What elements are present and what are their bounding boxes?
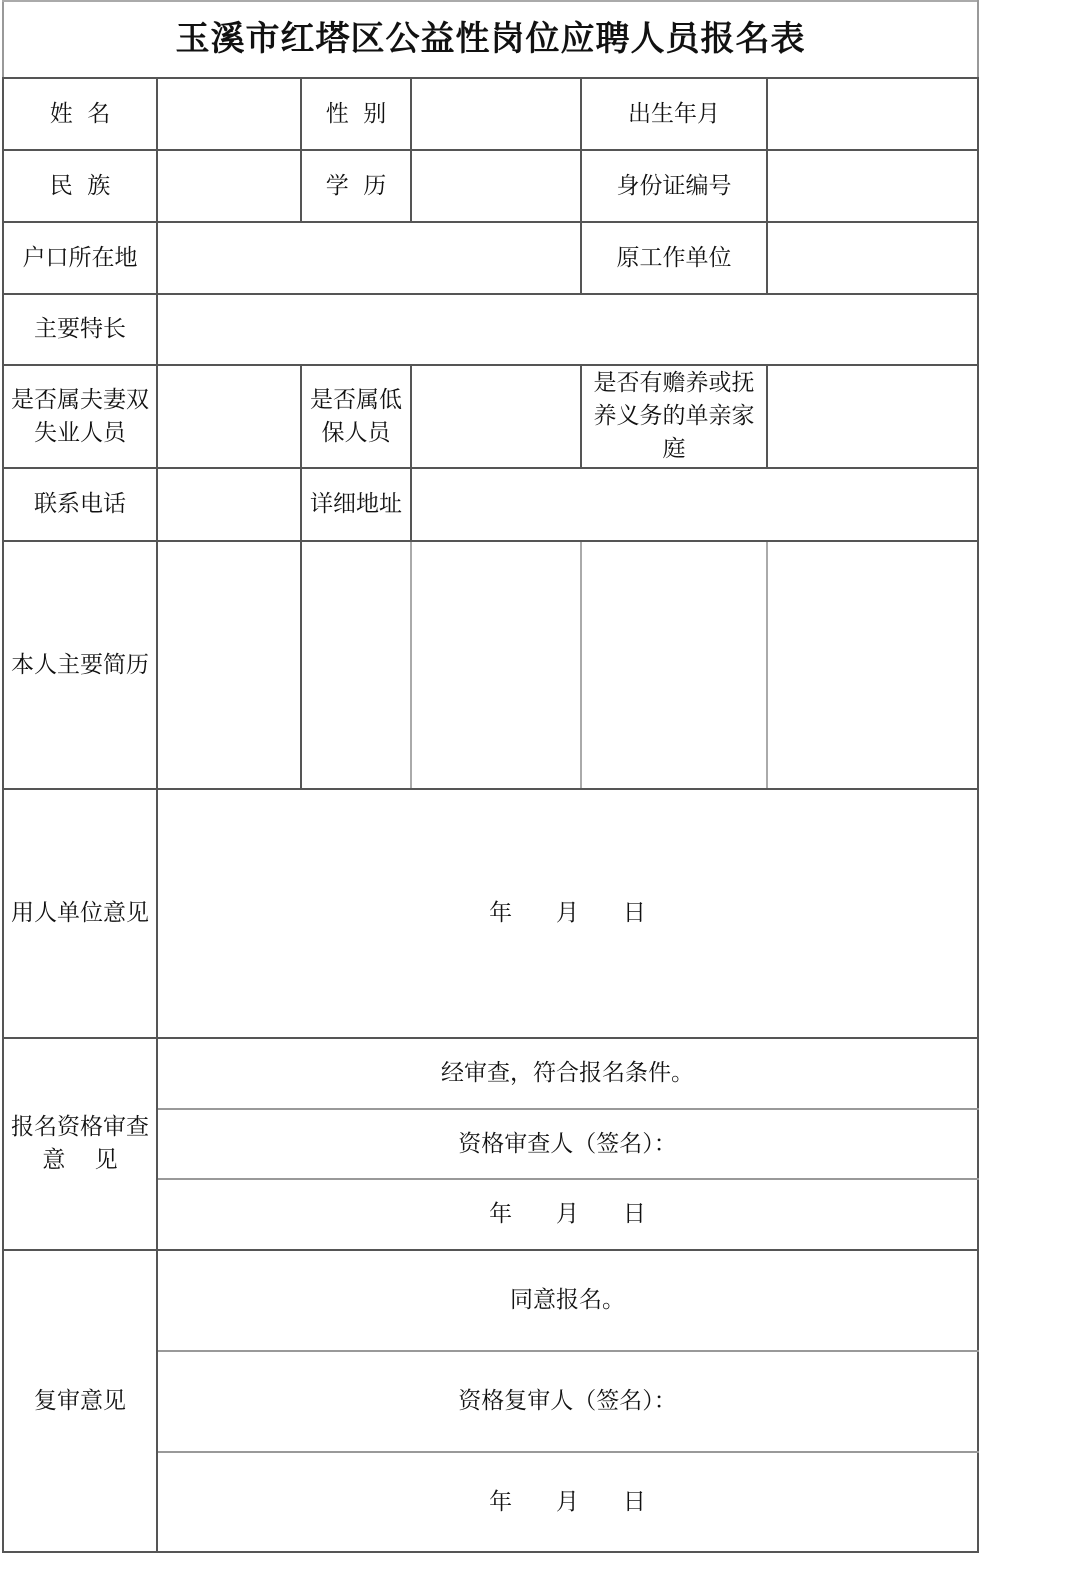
- low-income-label: 是否属低保人员: [301, 365, 411, 468]
- single-parent-label: 是否有赡养或抚养义务的单亲家庭: [581, 365, 767, 468]
- recheck-opinion-label: 复审意见: [3, 1250, 157, 1552]
- education-field[interactable]: [411, 150, 581, 222]
- resume-cell-1[interactable]: [157, 541, 301, 789]
- resume-cell-2[interactable]: [301, 541, 411, 789]
- id-number-field[interactable]: [767, 150, 978, 222]
- recheck-date[interactable]: 年 月 日: [157, 1452, 978, 1552]
- employer-opinion-date[interactable]: 年 月 日: [157, 789, 978, 1038]
- specialty-label: 主要特长: [3, 294, 157, 365]
- gender-field[interactable]: [411, 78, 581, 150]
- qualification-review-date[interactable]: 年 月 日: [157, 1179, 978, 1250]
- recheck-statement: 同意报名。: [157, 1250, 978, 1351]
- name-field[interactable]: [157, 78, 301, 150]
- employer-opinion-label: 用人单位意见: [3, 789, 157, 1038]
- ethnicity-label: 民 族: [3, 150, 157, 222]
- hukou-field[interactable]: [157, 222, 581, 294]
- phone-label: 联系电话: [3, 468, 157, 541]
- previous-employer-field[interactable]: [767, 222, 978, 294]
- registration-form: 玉溪市红塔区公益性岗位应聘人员报名表 姓 名 性 别 出生年月 民 族 学 历 …: [2, 0, 977, 1551]
- qualification-reviewer-signature[interactable]: 资格审查人（签名）：: [157, 1109, 978, 1179]
- gender-label: 性 别: [301, 78, 411, 150]
- form-table: 玉溪市红塔区公益性岗位应聘人员报名表 姓 名 性 别 出生年月 民 族 学 历 …: [2, 0, 979, 1553]
- address-field[interactable]: [411, 468, 978, 541]
- qualification-review-label: 报名资格审查 意 见: [3, 1038, 157, 1250]
- resume-label: 本人主要简历: [3, 541, 157, 789]
- single-parent-field[interactable]: [767, 365, 978, 468]
- resume-cell-5[interactable]: [767, 541, 978, 789]
- hukou-label: 户口所在地: [3, 222, 157, 294]
- name-label: 姓 名: [3, 78, 157, 150]
- form-title: 玉溪市红塔区公益性岗位应聘人员报名表: [3, 1, 978, 78]
- birth-date-label: 出生年月: [581, 78, 767, 150]
- education-label: 学 历: [301, 150, 411, 222]
- previous-employer-label: 原工作单位: [581, 222, 767, 294]
- low-income-field[interactable]: [411, 365, 581, 468]
- specialty-field[interactable]: [157, 294, 978, 365]
- resume-cell-4[interactable]: [581, 541, 767, 789]
- resume-cell-3[interactable]: [411, 541, 581, 789]
- birth-date-field[interactable]: [767, 78, 978, 150]
- address-label: 详细地址: [301, 468, 411, 541]
- recheck-reviewer-signature[interactable]: 资格复审人（签名）：: [157, 1351, 978, 1452]
- id-number-label: 身份证编号: [581, 150, 767, 222]
- phone-field[interactable]: [157, 468, 301, 541]
- dual-unemployed-field[interactable]: [157, 365, 301, 468]
- ethnicity-field[interactable]: [157, 150, 301, 222]
- qualification-statement: 经审查，符合报名条件。: [157, 1038, 978, 1109]
- dual-unemployed-label: 是否属夫妻双失业人员: [3, 365, 157, 468]
